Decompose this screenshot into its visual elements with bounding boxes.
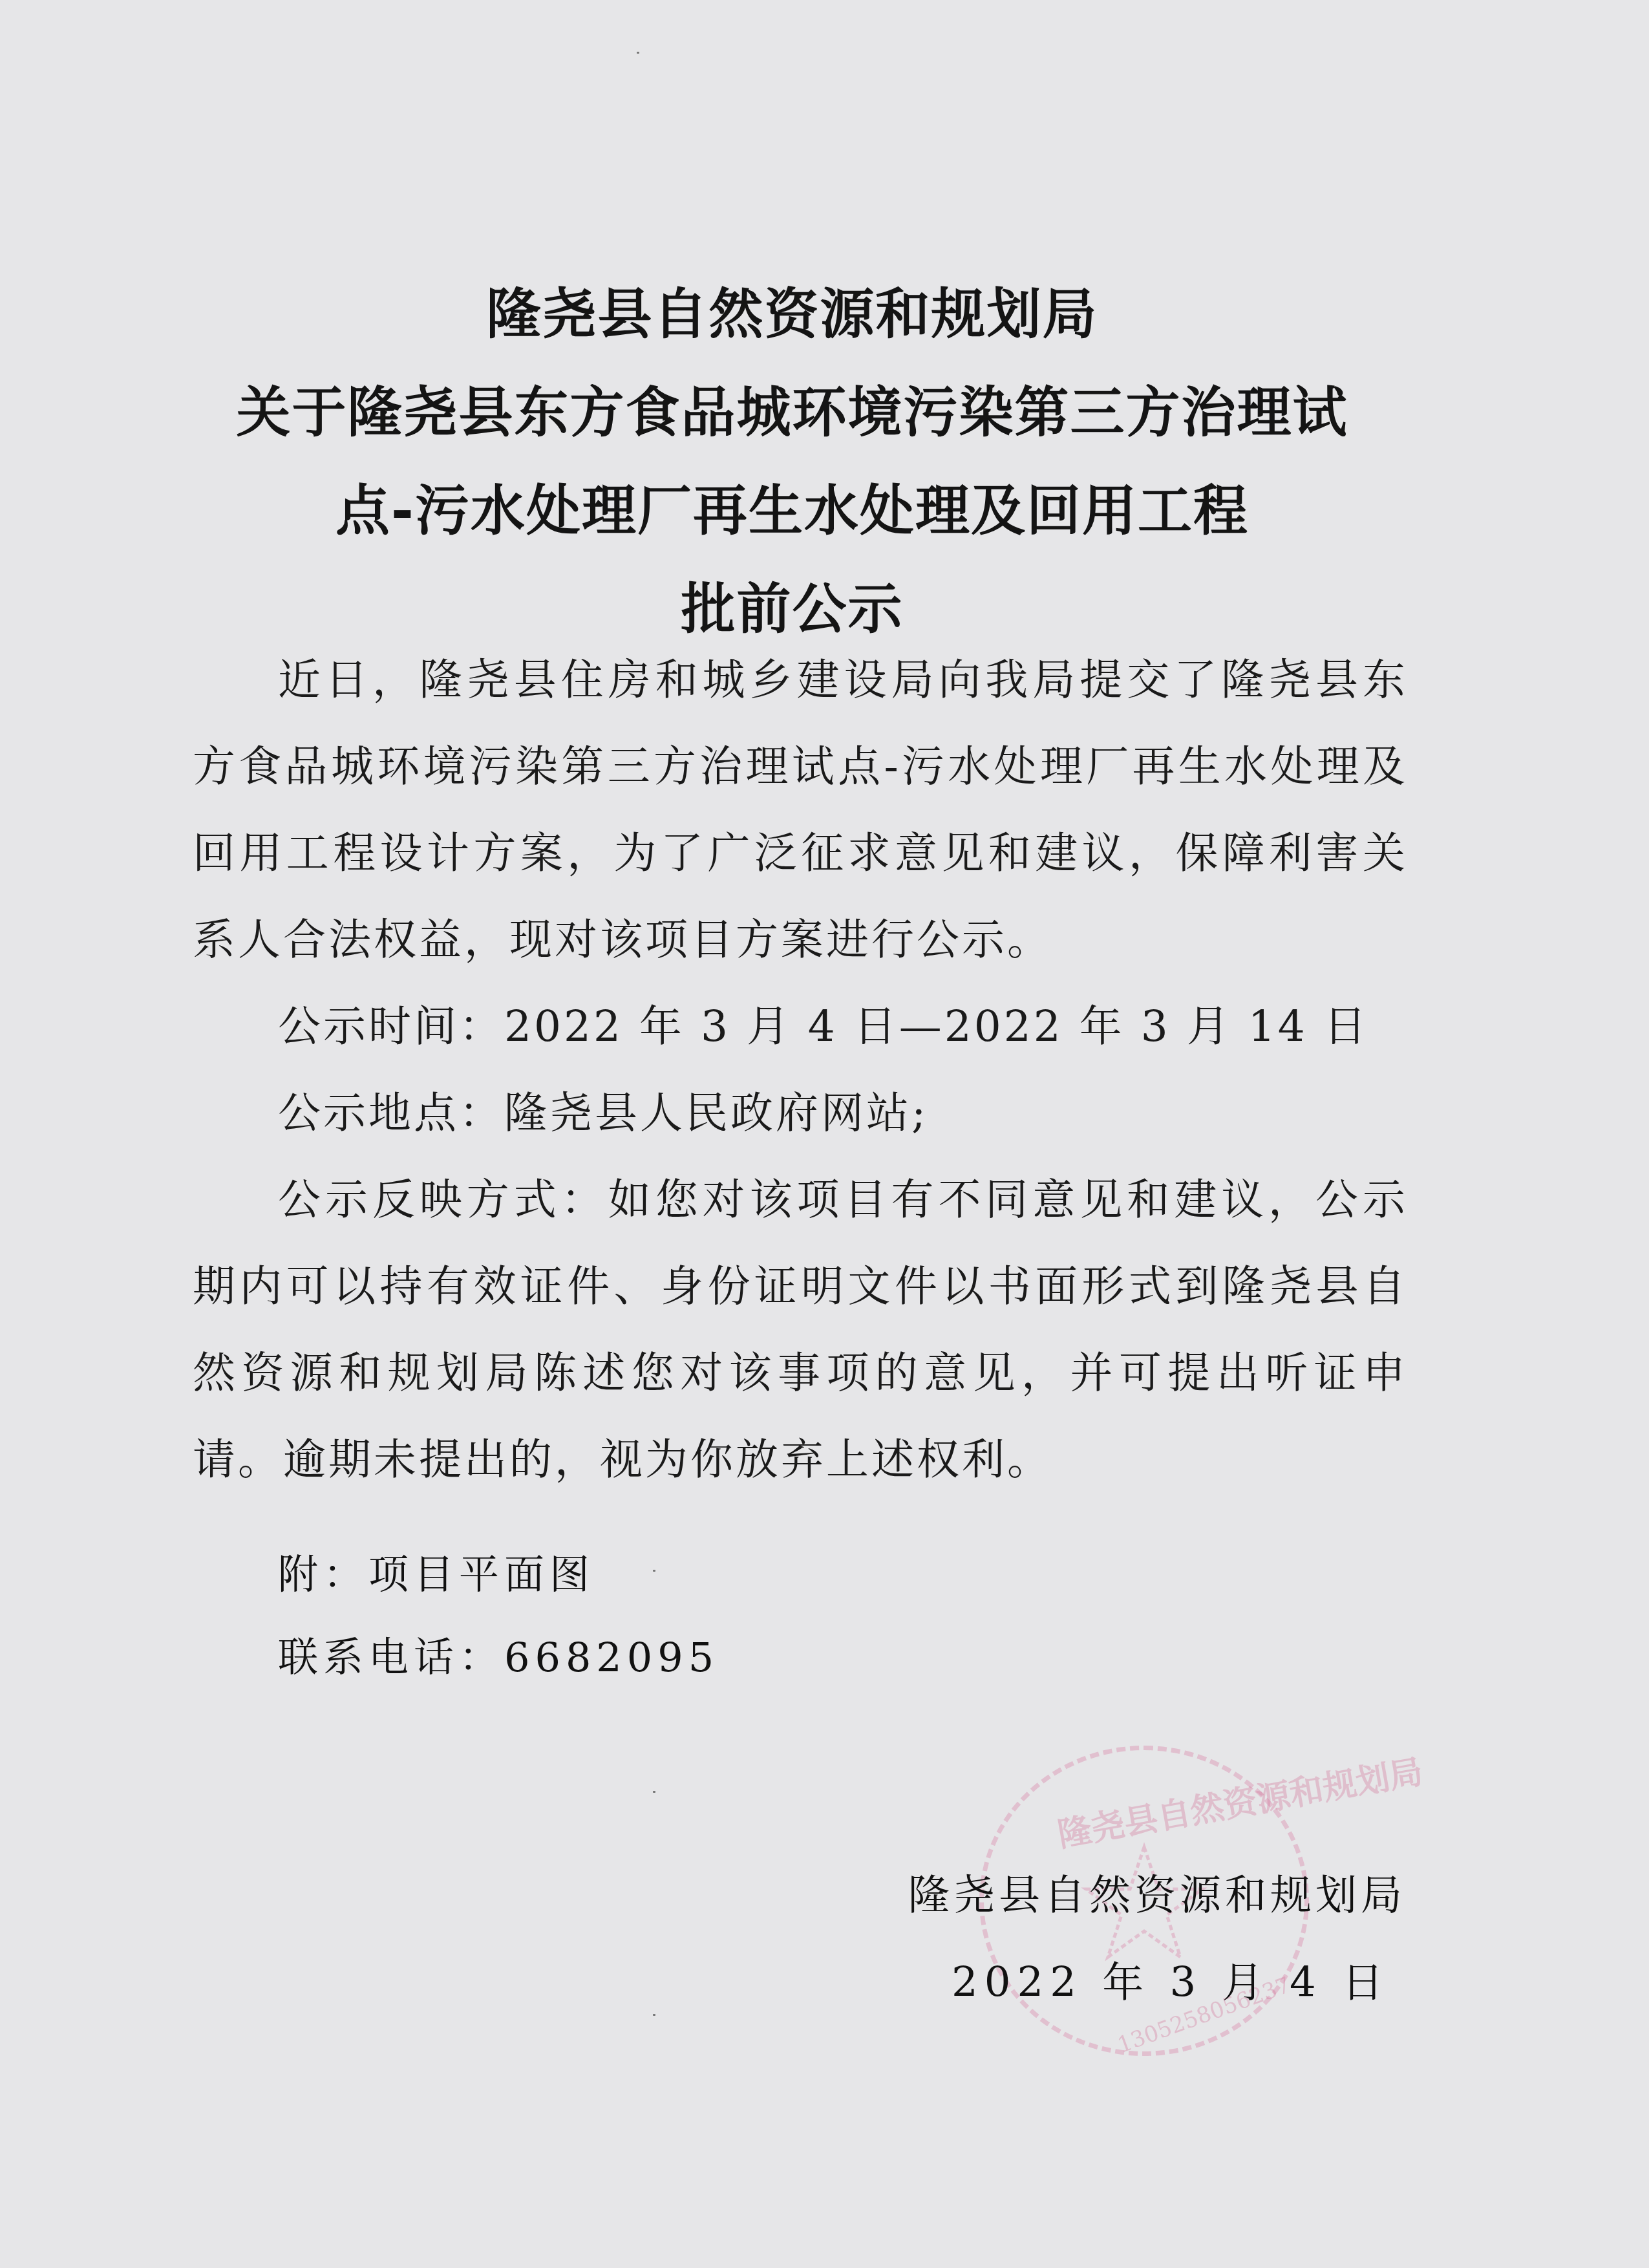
signature-date: 2022 年 3 月 4 日 xyxy=(952,1949,1390,2009)
contact-phone: 联系电话：6682095 xyxy=(278,1616,719,1699)
intro-paragraph: 近日，隆尧县住房和城乡建设局向我局提交了隆尧县东方食品城环境污染第三方治理试点-… xyxy=(193,637,1408,983)
publicity-time: 公示时间：2022 年 3 月 4 日—2022 年 3 月 14 日 xyxy=(193,983,1408,1070)
scan-speck xyxy=(653,1791,655,1793)
feedback-method-label: 公示反映方式： xyxy=(278,1175,608,1225)
signature-org: 隆尧县自然资源和规划局 xyxy=(908,1862,1406,1921)
publicity-time-label: 公示时间： xyxy=(278,1001,504,1051)
publicity-time-value: 2022 年 3 月 4 日—2022 年 3 月 14 日 xyxy=(504,1001,1369,1051)
document-body: 近日，隆尧县住房和城乡建设局向我局提交了隆尧县东方食品城环境污染第三方治理试点-… xyxy=(193,637,1408,1503)
scan-speck xyxy=(637,52,639,54)
publicity-place-value: 隆尧县人民政府网站; xyxy=(504,1088,928,1138)
publicity-place-label: 公示地点： xyxy=(278,1088,504,1138)
feedback-method: 公示反映方式：如您对该项目有不同意见和建议，公示期内可以持有效证件、身份证明文件… xyxy=(193,1157,1408,1503)
attachments-block: 附：项目平面图 联系电话：6682095 xyxy=(278,1534,719,1699)
publicity-place: 公示地点：隆尧县人民政府网站; xyxy=(193,1070,1408,1157)
scan-speck xyxy=(653,2014,655,2016)
attachment-note: 附：项目平面图 xyxy=(278,1534,719,1616)
title-line-2: 关于隆尧县东方食品城环境污染第三方治理试 xyxy=(0,363,1584,462)
title-line-3: 点-污水处理厂再生水处理及回用工程 xyxy=(0,462,1584,560)
title-line-1: 隆尧县自然资源和规划局 xyxy=(0,265,1584,363)
document-title: 隆尧县自然资源和规划局 关于隆尧县东方食品城环境污染第三方治理试 点-污水处理厂… xyxy=(0,265,1584,658)
